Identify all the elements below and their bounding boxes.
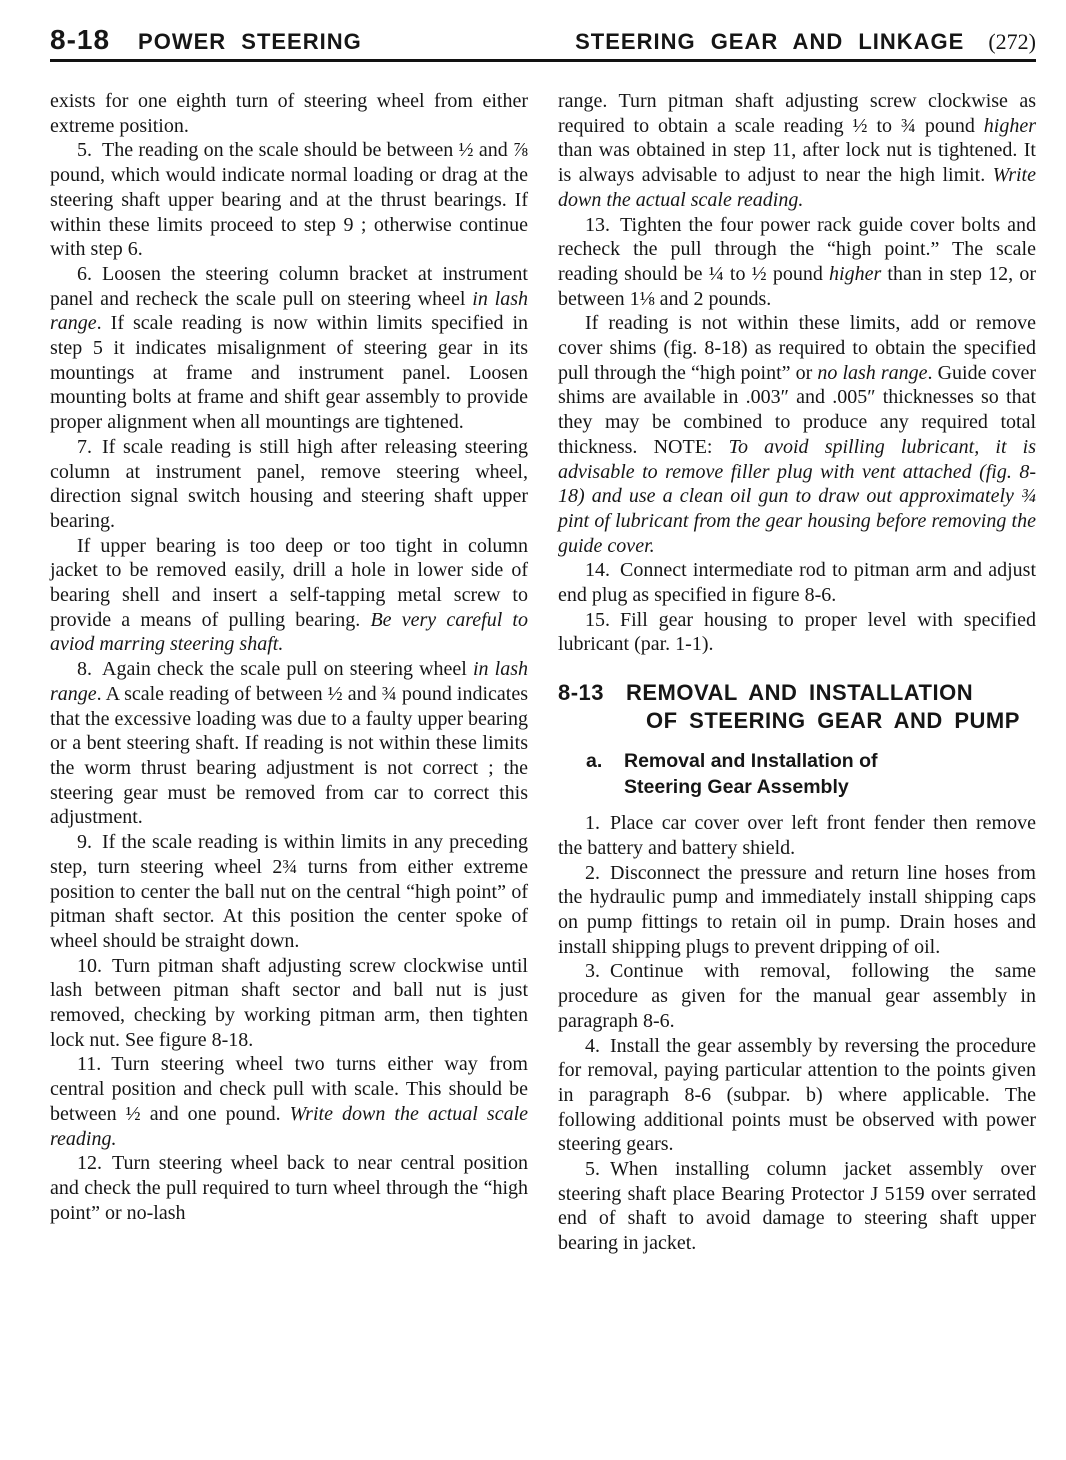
paragraph: 1. Place car cover over left front fende… bbox=[558, 811, 1036, 860]
paragraph: exists for one eighth turn of steering w… bbox=[50, 89, 528, 138]
heading-line: Steering Gear Assembly bbox=[624, 774, 878, 800]
manual-page: 8-18 POWER STEERING STEERING GEAR AND LI… bbox=[0, 0, 1066, 1460]
page-number: (272) bbox=[988, 29, 1036, 55]
paragraph: range. Turn pitman shaft adjusting screw… bbox=[558, 89, 1036, 213]
body-text: range. Turn pitman shaft adjusting screw… bbox=[558, 90, 1036, 137]
heading-text: REMOVAL AND INSTALLATIONOF STEERING GEAR… bbox=[626, 679, 1020, 735]
body-text: 1. Place car cover over left front fende… bbox=[558, 812, 1036, 859]
body-text: 10. Turn pitman shaft adjusting screw cl… bbox=[50, 955, 528, 1051]
italic-text: no lash range bbox=[817, 362, 927, 384]
paragraph: If reading is not within these limits, a… bbox=[558, 311, 1036, 558]
body-text: . A scale reading of between ½ and ¾ pou… bbox=[50, 683, 528, 829]
body-text: than was obtained in step 11, after lock… bbox=[558, 139, 1036, 186]
body-text: 3. Continue with removal, following the … bbox=[558, 960, 1036, 1031]
paragraph: 6. Loosen the steering column bracket at… bbox=[50, 262, 528, 435]
chapter-title: STEERING GEAR AND LINKAGE bbox=[575, 29, 964, 55]
heading-line: Removal and Installation of bbox=[624, 748, 878, 774]
heading-number: 8-13 bbox=[558, 679, 626, 735]
paragraph: 14. Connect intermediate rod to pitman a… bbox=[558, 558, 1036, 607]
paragraph: 2. Disconnect the pressure and return li… bbox=[558, 861, 1036, 960]
section-number: 8-18 bbox=[50, 24, 110, 56]
heading-line: REMOVAL AND INSTALLATION bbox=[626, 679, 1020, 707]
header-rule bbox=[50, 59, 1036, 62]
body-text: exists for one eighth turn of steering w… bbox=[50, 90, 528, 137]
italic-text: higher bbox=[829, 263, 881, 285]
body-text: 12. Turn steering wheel back to near cen… bbox=[50, 1152, 528, 1223]
body-text: . If scale reading is now within limits … bbox=[50, 312, 528, 433]
paragraph: 9. If the scale reading is within limits… bbox=[50, 830, 528, 954]
body-text: 5. The reading on the scale should be be… bbox=[50, 139, 528, 260]
paragraph: 15. Fill gear housing to proper level wi… bbox=[558, 608, 1036, 657]
heading-text: Removal and Installation ofSteering Gear… bbox=[624, 748, 878, 800]
paragraph: 10. Turn pitman shaft adjusting screw cl… bbox=[50, 954, 528, 1053]
body-text: 8. Again check the scale pull on steerin… bbox=[77, 658, 473, 680]
page-body: exists for one eighth turn of steering w… bbox=[50, 89, 1036, 1256]
body-text: 7. If scale reading is still high after … bbox=[50, 436, 528, 532]
paragraph: 11. Turn steering wheel two turns either… bbox=[50, 1052, 528, 1151]
body-text: 5. When installing column jacket assembl… bbox=[558, 1158, 1036, 1254]
page-header: 8-18 POWER STEERING STEERING GEAR AND LI… bbox=[50, 24, 1036, 56]
left-column: exists for one eighth turn of steering w… bbox=[50, 89, 528, 1256]
italic-text: higher bbox=[984, 115, 1036, 137]
paragraph: 13. Tighten the four power rack guide co… bbox=[558, 213, 1036, 312]
paragraph: 7. If scale reading is still high after … bbox=[50, 435, 528, 534]
body-text: 15. Fill gear housing to proper level wi… bbox=[558, 609, 1036, 656]
paragraph: 5. When installing column jacket assembl… bbox=[558, 1157, 1036, 1256]
paragraph: If upper bearing is too deep or too tigh… bbox=[50, 534, 528, 658]
section-heading: 8-13REMOVAL AND INSTALLATIONOF STEERING … bbox=[558, 679, 1036, 735]
paragraph: 5. The reading on the scale should be be… bbox=[50, 138, 528, 262]
body-text: 4. Install the gear assembly by reversin… bbox=[558, 1035, 1036, 1156]
heading-line: OF STEERING GEAR AND PUMP bbox=[626, 707, 1020, 735]
paragraph: 4. Install the gear assembly by reversin… bbox=[558, 1034, 1036, 1158]
body-text: 2. Disconnect the pressure and return li… bbox=[558, 862, 1036, 958]
body-text: 14. Connect intermediate rod to pitman a… bbox=[558, 559, 1036, 606]
paragraph: 3. Continue with removal, following the … bbox=[558, 959, 1036, 1033]
paragraph: 8. Again check the scale pull on steerin… bbox=[50, 657, 528, 830]
body-text: 6. Loosen the steering column bracket at… bbox=[50, 263, 528, 310]
right-column: range. Turn pitman shaft adjusting screw… bbox=[558, 89, 1036, 1256]
sub-heading: a.Removal and Installation ofSteering Ge… bbox=[586, 748, 1036, 800]
body-text: 9. If the scale reading is within limits… bbox=[50, 831, 528, 952]
heading-number: a. bbox=[586, 748, 624, 800]
section-title: POWER STEERING bbox=[138, 29, 362, 55]
paragraph: 12. Turn steering wheel back to near cen… bbox=[50, 1151, 528, 1225]
